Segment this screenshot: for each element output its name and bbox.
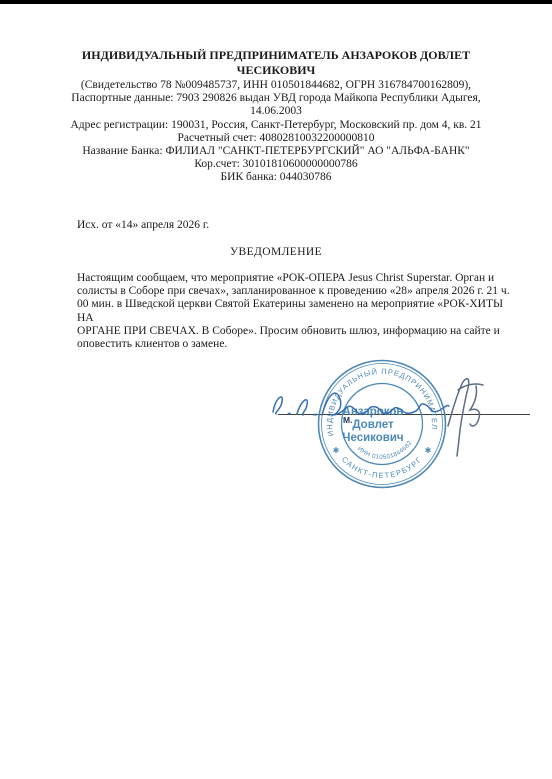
outgoing-date-line: Исх. от «14» апреля 2026 г.	[77, 219, 209, 232]
body-line: солисты в Соборе при свечах», запланиров…	[77, 285, 522, 298]
letterhead-info-line: Название Банка: ФИЛИАЛ "САНКТ-ПЕТЕРБУРГС…	[0, 145, 552, 158]
body-paragraph: Настоящим сообщаем, что мероприятие «РОК…	[77, 272, 522, 351]
paraph-stroke	[458, 384, 483, 390]
letterhead-info-line: Адрес регистрации: 190031, Россия, Санкт…	[0, 119, 552, 132]
letterhead-info-line: БИК банка: 044030786	[0, 171, 552, 184]
star-icon: ✱	[333, 446, 340, 455]
document-heading: УВЕДОМЛЕНИЕ	[0, 246, 552, 259]
body-line: ОРГАНЕ ПРИ СВЕЧАХ. В Соборе». Просим обн…	[77, 325, 522, 338]
round-seal-stamp-icon: ИНДИВИДУАЛЬНЫЙ ПРЕДПРИНИМАТЕЛЬ САНКТ-ПЕТ…	[315, 357, 449, 491]
letterhead-title-line: ИНДИВИДУАЛЬНЫЙ ПРЕДПРИНИМАТЕЛЬ АНЗАРОКОВ…	[0, 48, 552, 63]
body-line: Настоящим сообщаем, что мероприятие «РОК…	[77, 272, 522, 285]
stamp-name-line: Довлет	[352, 419, 394, 431]
letterhead-title: ИНДИВИДУАЛЬНЫЙ ПРЕДПРИНИМАТЕЛЬ АНЗАРОКОВ…	[0, 48, 552, 78]
paraph-stroke	[448, 386, 461, 426]
letterhead-info-line: 14.06.2003	[0, 105, 552, 118]
top-border-bar	[0, 0, 552, 4]
letterhead-info-line: (Свидетельство 78 №009485737, ИНН 010501…	[0, 79, 552, 92]
letterhead-info: (Свидетельство 78 №009485737, ИНН 010501…	[0, 79, 552, 185]
letterhead-info-line: Паспортные данные: 7903 290826 выдан УВД…	[0, 92, 552, 105]
paraph-stroke	[457, 379, 469, 456]
letterhead-info-line: Кор.счет: 30101810600000000786	[0, 158, 552, 171]
body-line: 00 мин. в Шведской церкви Святой Екатери…	[77, 298, 522, 324]
signature-stroke	[273, 397, 282, 414]
document-page: ИНДИВИДУАЛЬНЫЙ ПРЕДПРИНИМАТЕЛЬ АНЗАРОКОВ…	[0, 0, 552, 779]
letterhead-title-line: ЧЕСИКОВИЧ	[0, 63, 552, 78]
seal-place-mark: М.	[343, 415, 352, 425]
letterhead-info-line: Расчетный счет: 40802810032200000810	[0, 132, 552, 145]
star-icon: ✱	[425, 446, 432, 455]
body-line: оповестить клиентов о замене.	[77, 338, 522, 351]
signature-stroke	[297, 400, 307, 415]
stamp-name-line: Чесикович	[342, 432, 403, 444]
paraph-stroke	[470, 386, 479, 426]
